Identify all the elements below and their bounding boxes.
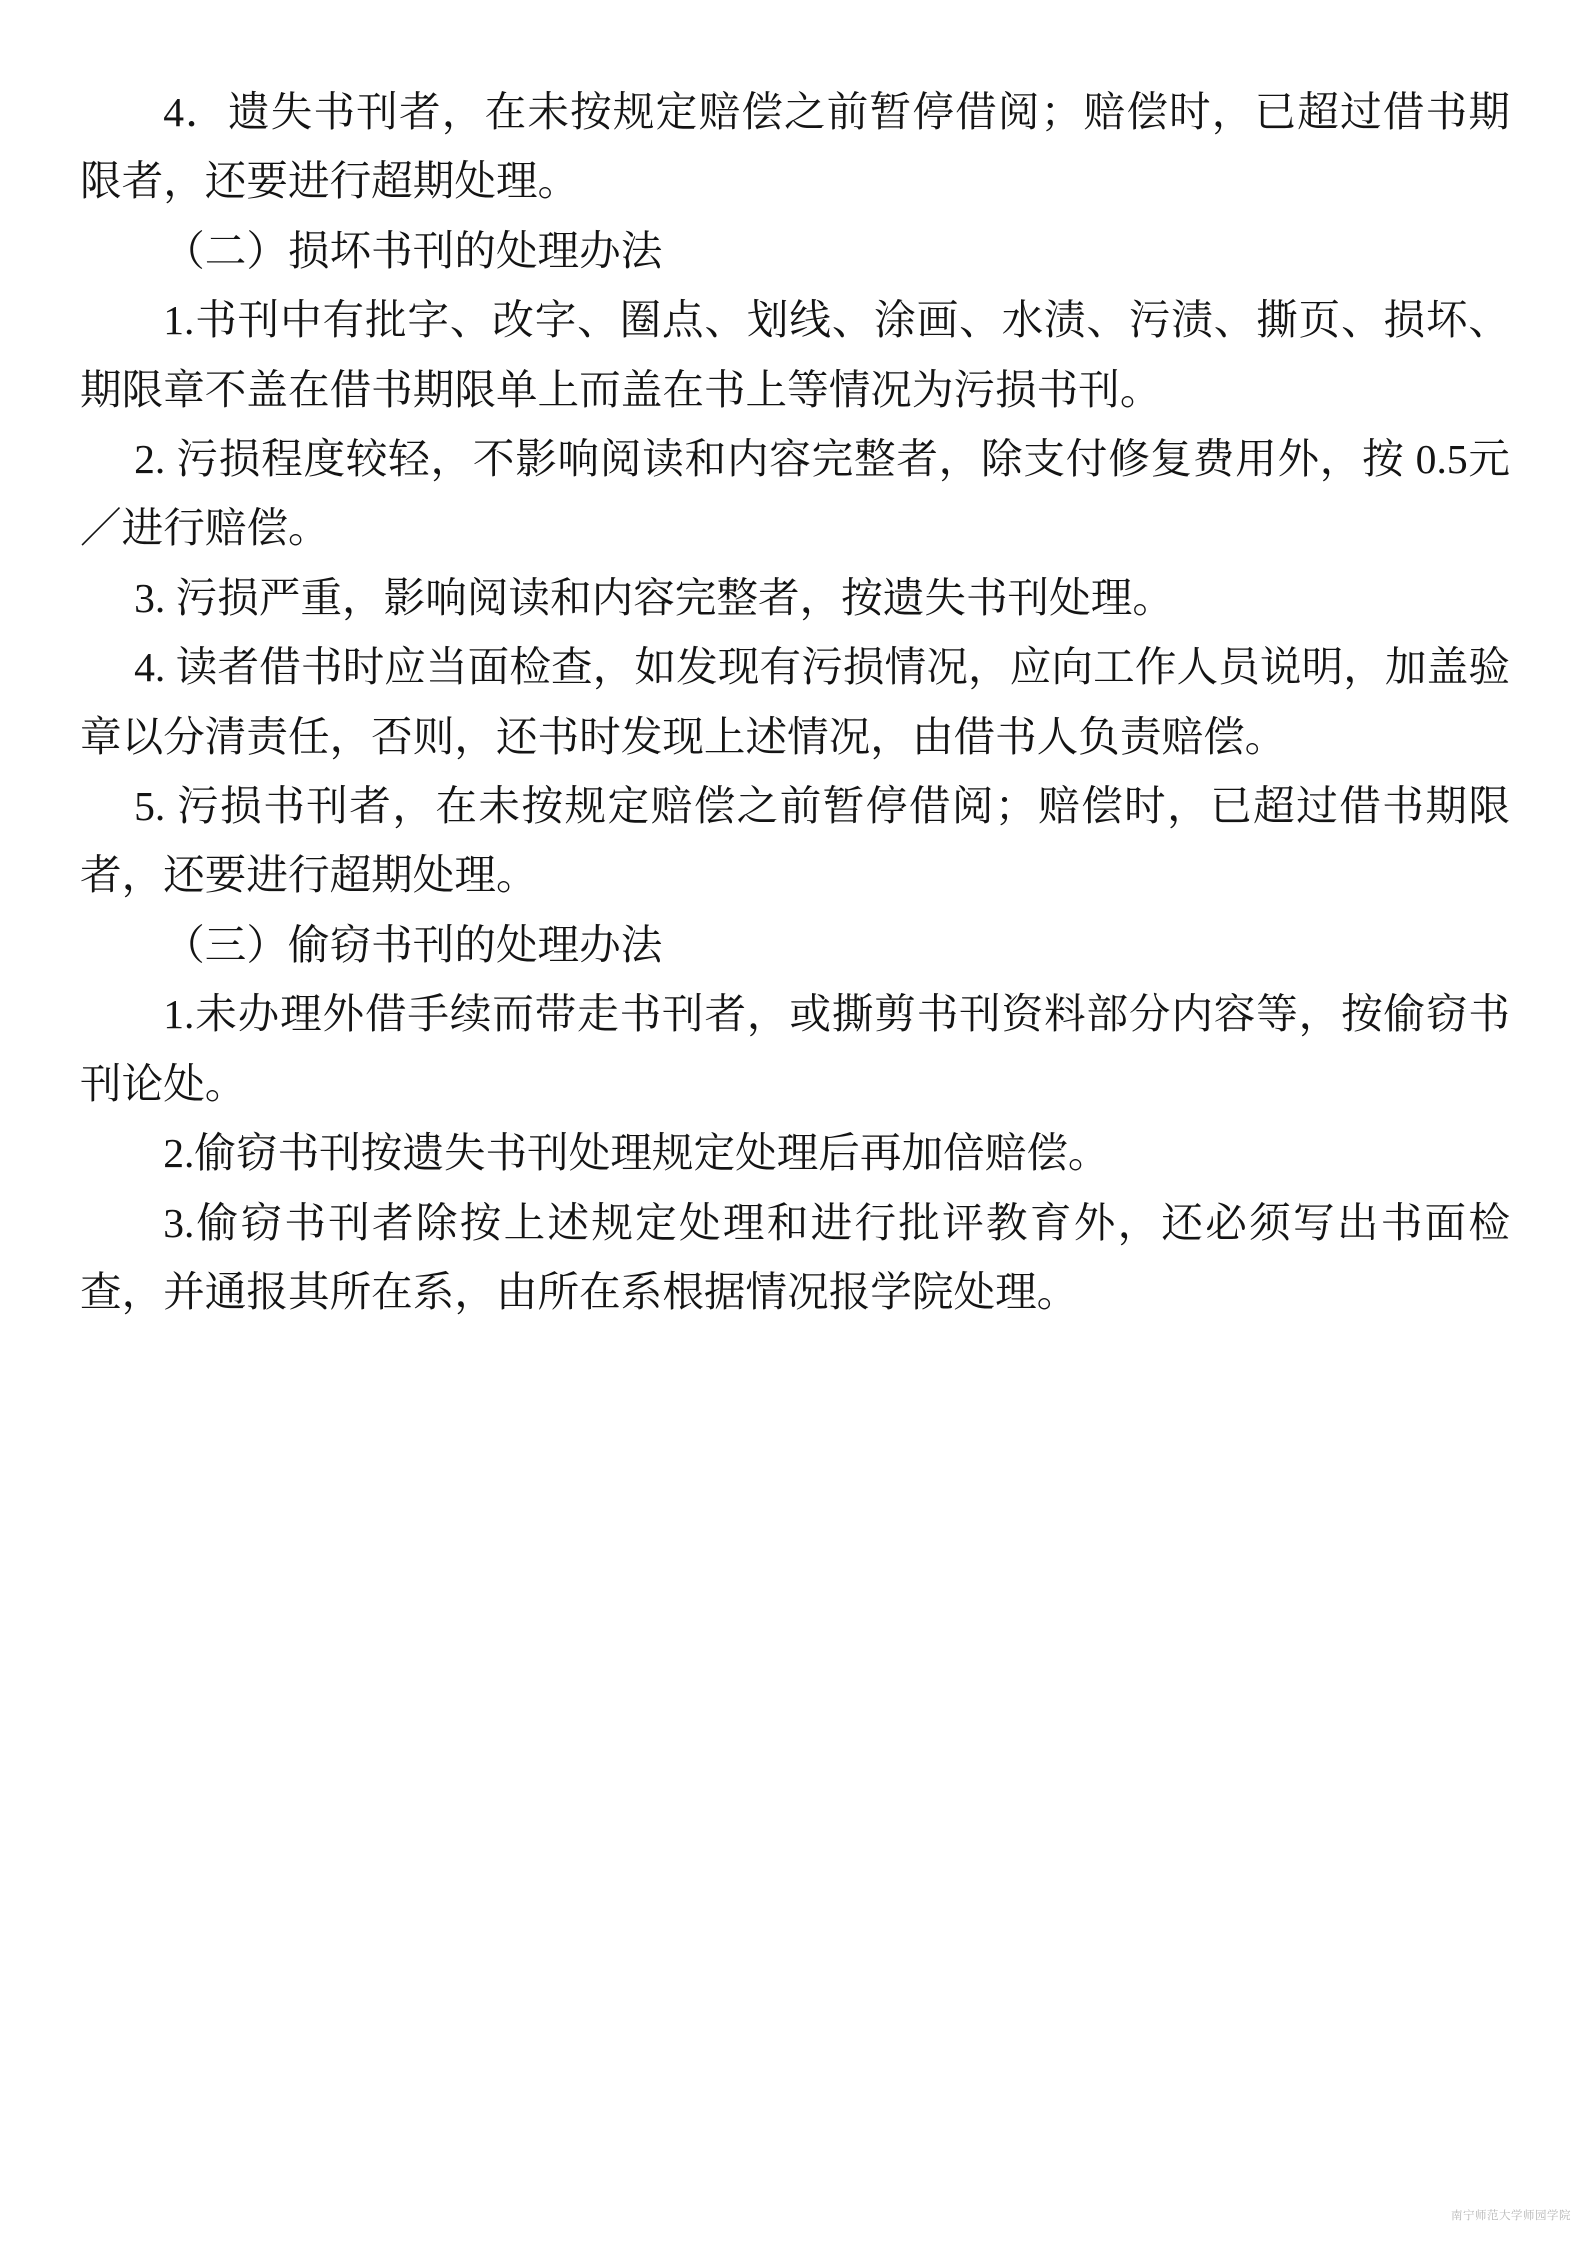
document-page: 4．遗失书刊者，在未按规定赔偿之前暂停借阅；赔偿时，已超过借书期限者，还要进行超… bbox=[0, 0, 1587, 2245]
paragraph-damaged-item-5: 5. 污损书刊者，在未按规定赔偿之前暂停借阅；赔偿时，已超过借书期限者，还要进行… bbox=[80, 772, 1510, 911]
paragraph-damaged-item-2: 2. 污损程度较轻，不影响阅读和内容完整者，除支付修复费用外，按 0.5元／进行… bbox=[80, 425, 1510, 564]
section-heading-2-damaged-books: （二）损坏书刊的处理办法 bbox=[80, 217, 1510, 286]
section-heading-3-stolen-books: （三）偷窃书刊的处理办法 bbox=[80, 911, 1510, 980]
paragraph-theft-item-1: 1.未办理外借手续而带走书刊者，或撕剪书刊资料部分内容等，按偷窃书刊论处。 bbox=[80, 980, 1510, 1119]
paragraph-damaged-item-4: 4. 读者借书时应当面检查，如发现有污损情况，应向工作人员说明，加盖验章以分清责… bbox=[80, 633, 1510, 772]
watermark-text: 南宁师范大学师园学院 bbox=[1451, 2207, 1571, 2223]
paragraph-damaged-item-3: 3. 污损严重，影响阅读和内容完整者，按遗失书刊处理。 bbox=[80, 564, 1510, 633]
document-body: 4．遗失书刊者，在未按规定赔偿之前暂停借阅；赔偿时，已超过借书期限者，还要进行超… bbox=[80, 78, 1510, 1327]
paragraph-lost-books-item-4: 4．遗失书刊者，在未按规定赔偿之前暂停借阅；赔偿时，已超过借书期限者，还要进行超… bbox=[80, 78, 1510, 217]
paragraph-damaged-item-1: 1.书刊中有批字、改字、圈点、划线、涂画、水渍、污渍、撕页、损坏、期限章不盖在借… bbox=[80, 286, 1510, 425]
paragraph-theft-item-3: 3.偷窃书刊者除按上述规定处理和进行批评教育外，还必须写出书面检查，并通报其所在… bbox=[80, 1189, 1510, 1328]
paragraph-theft-item-2: 2.偷窃书刊按遗失书刊处理规定处理后再加倍赔偿。 bbox=[80, 1119, 1510, 1188]
